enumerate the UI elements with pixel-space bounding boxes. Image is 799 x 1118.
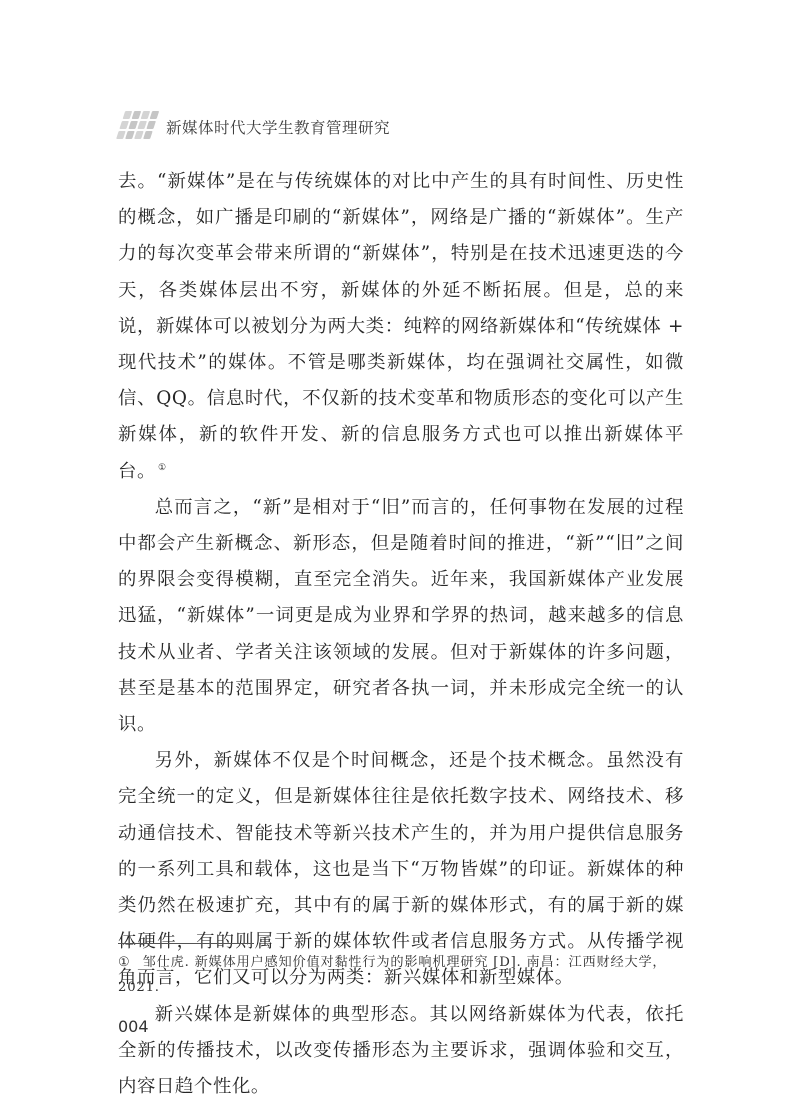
running-header: 新媒体时代大学生教育管理研究 [118, 110, 390, 144]
paragraph-text: 去。“新媒体”是在与传统媒体的对比中产生的具有时间性、历史性的概念，如广播是印刷… [118, 171, 684, 482]
footnote-divider [118, 943, 254, 944]
footnote-mark: ① [118, 955, 131, 970]
footnote: ①邹仕虎. 新媒体用户感知价值对黏性行为的影响机理研究 [D]. 南昌：江西财经… [118, 950, 684, 1000]
paragraph-1: 去。“新媒体”是在与传统媒体的对比中产生的具有时间性、历史性的概念，如广播是印刷… [118, 164, 684, 490]
footnote-text: 邹仕虎. 新媒体用户感知价值对黏性行为的影响机理研究 [D]. 南昌：江西财经大… [118, 955, 666, 995]
paragraph-4: 新兴媒体是新媒体的典型形态。其以网络新媒体为代表，依托全新的传播技术，以改变传播… [118, 997, 684, 1106]
paragraph-2: 总而言之，“新”是相对于“旧”而言的，任何事物在发展的过程中都会产生新概念、新形… [118, 490, 684, 743]
book-title: 新媒体时代大学生教育管理研究 [166, 116, 390, 138]
page-number: 004 [118, 1017, 149, 1036]
footnote-reference[interactable]: ① [158, 463, 167, 473]
decorative-grid-icon [115, 111, 161, 143]
